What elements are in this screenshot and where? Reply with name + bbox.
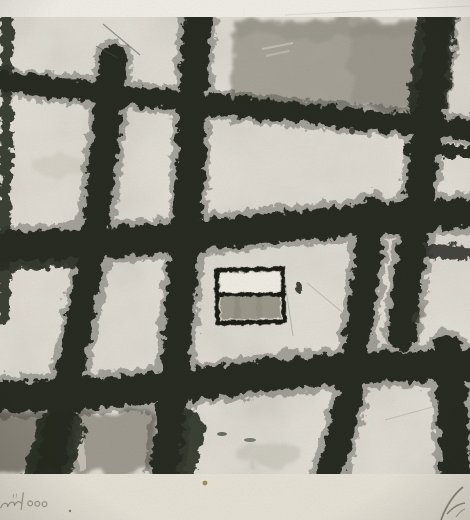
abstract-print-photo: Photograph of an abstract black-and-whit…: [0, 0, 470, 520]
artwork-photo-frame: Photograph of an abstract black-and-whit…: [0, 0, 470, 520]
vignette-overlay: [0, 0, 470, 520]
